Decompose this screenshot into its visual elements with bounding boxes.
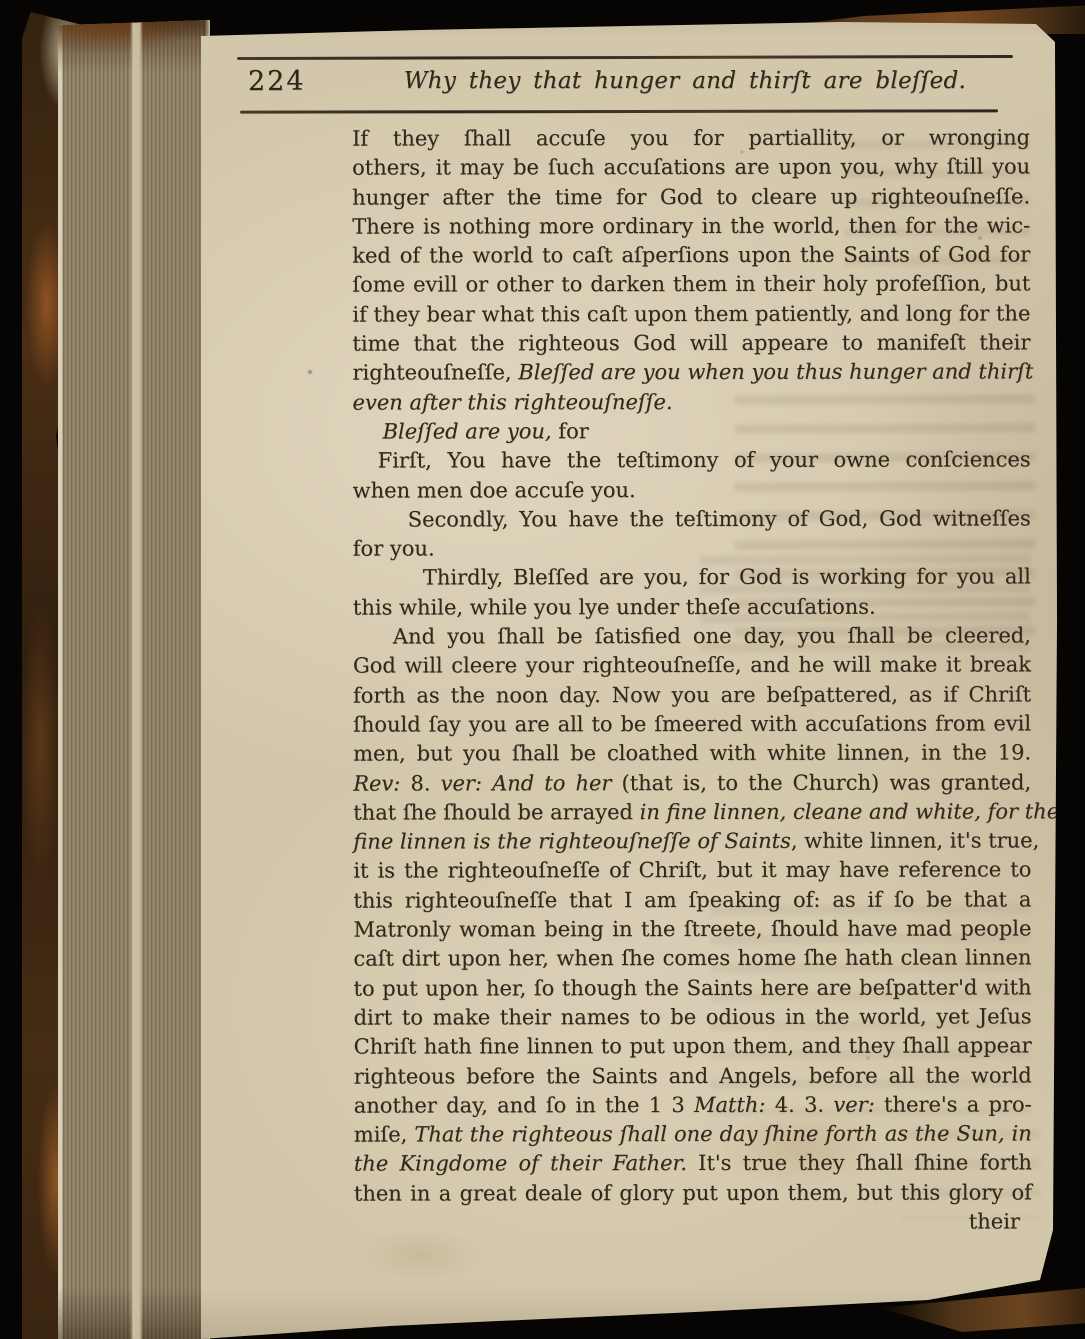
text-line: miſe, That the righteous ſhall one day ſ… [354, 1120, 1032, 1150]
text-line: righteouſneſſe, Bleſſed are you when you… [352, 358, 1030, 388]
text-line: it is the righteouſneſſe of Chriſt, but … [353, 856, 1031, 886]
text-segment: this righteouſneſſe that I am ſpeaking o… [353, 887, 1031, 912]
italic-segment: fine linnen is the righteouſneſſe of Sai… [353, 829, 791, 854]
text-segment: righteouſneſſe, [352, 361, 518, 385]
text-segment: then in a great deale of glory put upon … [354, 1180, 1032, 1205]
text-segment: righteous before the Saints and Angels, … [354, 1063, 1032, 1088]
text-segment: There is nothing more ordinary in the wo… [352, 213, 1030, 238]
text-segment: hunger after the time for God to cleare … [352, 184, 1030, 209]
text-line: the Kingdome of their Father. It's true … [354, 1149, 1032, 1179]
text-line: Rev: 8. ver: And to her (that is, to the… [353, 768, 1031, 798]
text-line: Matronly woman being in the ſtreete, ſho… [353, 914, 1031, 944]
text-segment: ked of the world to caſt aſperſions upon… [352, 243, 1030, 268]
text-line: fine linnen is the righteouſneſſe of Sai… [353, 827, 1031, 857]
text-segment: another day, and ſo in the 1 3 [354, 1093, 694, 1118]
text-segment: Thirdly, Bleſſed are you, for God is wor… [423, 565, 1031, 590]
text-segment: Matronly woman being in the ſtreete, ſho… [353, 916, 1031, 941]
text-line: hunger after the time for God to cleare … [352, 182, 1030, 212]
text-line: righteous before the Saints and Angels, … [354, 1061, 1032, 1091]
text-segment: God will cleere your righteouſneſſe, and… [353, 653, 1031, 678]
text-segment: there's a pro- [875, 1092, 1032, 1116]
text-segment: this while, while you lye under theſe ac… [353, 594, 876, 619]
text-line: when men doe accuſe you. [353, 475, 1031, 505]
italic-segment: Matth: [694, 1093, 766, 1117]
italic-segment: in fine linnen, cleane and white, for th… [640, 799, 1060, 824]
book-fore-edge [58, 20, 210, 1339]
book-scan: 224 Why they that hunger and thirſt are … [0, 0, 1085, 1339]
text-segment: for you. [353, 537, 435, 561]
text-line: caſt dirt upon her, when ſhe comes home … [353, 944, 1031, 974]
text-line: forth as the noon day. Now you are beſpa… [353, 680, 1031, 710]
text-line: If they ſhall accuſe you for partiallity… [352, 123, 1030, 153]
text-segment: And you ſhall be ſatisfied one day, you … [393, 623, 1031, 648]
text-line: And you ſhall be ſatisfied one day, you … [353, 621, 1031, 651]
header-rule-bottom [240, 109, 998, 113]
text-line: Thirdly, Bleſſed are you, for God is wor… [353, 563, 1031, 593]
text-block: If they ſhall accuſe you for partiallity… [352, 123, 1032, 1237]
text-line: ked of the world to caſt aſperſions upon… [352, 241, 1030, 271]
text-segment: forth as the noon day. Now you are beſpa… [353, 682, 1031, 707]
text-line: time that the righteous God will appeare… [352, 328, 1030, 358]
text-segment: that ſhe ſhould be arrayed [353, 800, 639, 824]
italic-segment: Bleſſed are you when you thus hunger and… [518, 360, 1033, 385]
text-line: to put upon her, ſo though the Saints he… [354, 973, 1032, 1003]
text-segment: If they ſhall accuſe you for partiallity… [352, 125, 1030, 150]
running-header: Why they that hunger and thirſt are bleſ… [350, 68, 1020, 94]
text-segment: It's true they ſhall ſhine forth [687, 1151, 1032, 1176]
text-segment: ſome evill or other to darken them in th… [352, 272, 1030, 297]
text-line: this while, while you lye under theſe ac… [353, 592, 1031, 622]
text-line: Firſt, You have the teſtimony of your ow… [353, 446, 1031, 476]
text-segment: time that the righteous God will appeare… [352, 330, 1030, 355]
text-segment: men, but you ſhall be cloathed with whit… [353, 741, 1031, 766]
text-line: God will cleere your righteouſneſſe, and… [353, 651, 1031, 681]
text-line: Chriſt hath fine linnen to put upon them… [354, 1032, 1032, 1062]
italic-segment: Rev: [353, 771, 400, 795]
text-segment: (that is, to the Church) was granted, [621, 770, 1031, 795]
italic-segment: ver: And to her [441, 771, 622, 795]
text-line: ſome evill or other to darken them in th… [352, 270, 1030, 300]
text-line: this righteouſneſſe that I am ſpeaking o… [353, 885, 1031, 915]
text-line: others, it may be ſuch accuſations are u… [352, 153, 1030, 183]
text-segment: 4. 3. [765, 1093, 833, 1117]
text-line: dirt to make their names to be odious in… [354, 1002, 1032, 1032]
text-segment: Chriſt hath fine linnen to put upon them… [354, 1034, 1032, 1059]
text-segment: ſhould ſay you are all to be ſmeered wit… [353, 711, 1031, 736]
text-line: for you. [353, 534, 1031, 564]
text-segment: it is the righteouſneſſe of Chriſt, but … [353, 858, 1031, 883]
text-line: if they bear what this caſt upon them pa… [352, 299, 1030, 329]
text-segment: for [552, 419, 589, 443]
text-line: another day, and ſo in the 1 3 Matth: 4.… [354, 1090, 1032, 1120]
italic-segment: even after this righteouſneſſe. [352, 390, 672, 415]
text-segment: when men doe accuſe you. [353, 478, 636, 502]
text-segment: Secondly, You have the teſtimony of God,… [408, 506, 1031, 531]
catchword: their [354, 1207, 1032, 1237]
fore-edge-divider [130, 20, 143, 1339]
italic-segment: ver: [833, 1092, 874, 1116]
text-line: even after this righteouſneſſe. [352, 387, 1030, 417]
text-line: There is nothing more ordinary in the wo… [352, 211, 1030, 241]
text-segment: , white linnen, it's true, [791, 829, 1039, 853]
text-segment: 8. [400, 771, 440, 795]
header-rule-top [237, 55, 1013, 60]
text-line: Bleſſed are you, for [353, 416, 1031, 446]
page-number: 224 [248, 66, 306, 97]
text-line: Secondly, You have the teſtimony of God,… [353, 504, 1031, 534]
text-segment: miſe, [354, 1123, 415, 1147]
text-segment: others, it may be ſuch accuſations are u… [352, 155, 1030, 180]
text-segment: if they bear what this caſt upon them pa… [352, 301, 1030, 326]
text-line: then in a great deale of glory put upon … [354, 1178, 1032, 1208]
text-segment: dirt to make their names to be odious in… [354, 1004, 1032, 1029]
text-segment: to put upon her, ſo though the Saints he… [354, 975, 1032, 1000]
text-segment: caſt dirt upon her, when ſhe comes home … [353, 946, 1031, 971]
italic-segment: the Kingdome of their Father. [354, 1151, 687, 1176]
text-line: that ſhe ſhould be arrayed in fine linne… [353, 797, 1031, 827]
text-line: men, but you ſhall be cloathed with whit… [353, 739, 1031, 769]
text-line: ſhould ſay you are all to be ſmeered wit… [353, 709, 1031, 739]
italic-segment: Bleſſed are you, [383, 419, 552, 443]
italic-segment: That the righteous ſhall one day ſhine f… [414, 1122, 1032, 1147]
text-segment: Firſt, You have the teſtimony of your ow… [378, 448, 1031, 473]
